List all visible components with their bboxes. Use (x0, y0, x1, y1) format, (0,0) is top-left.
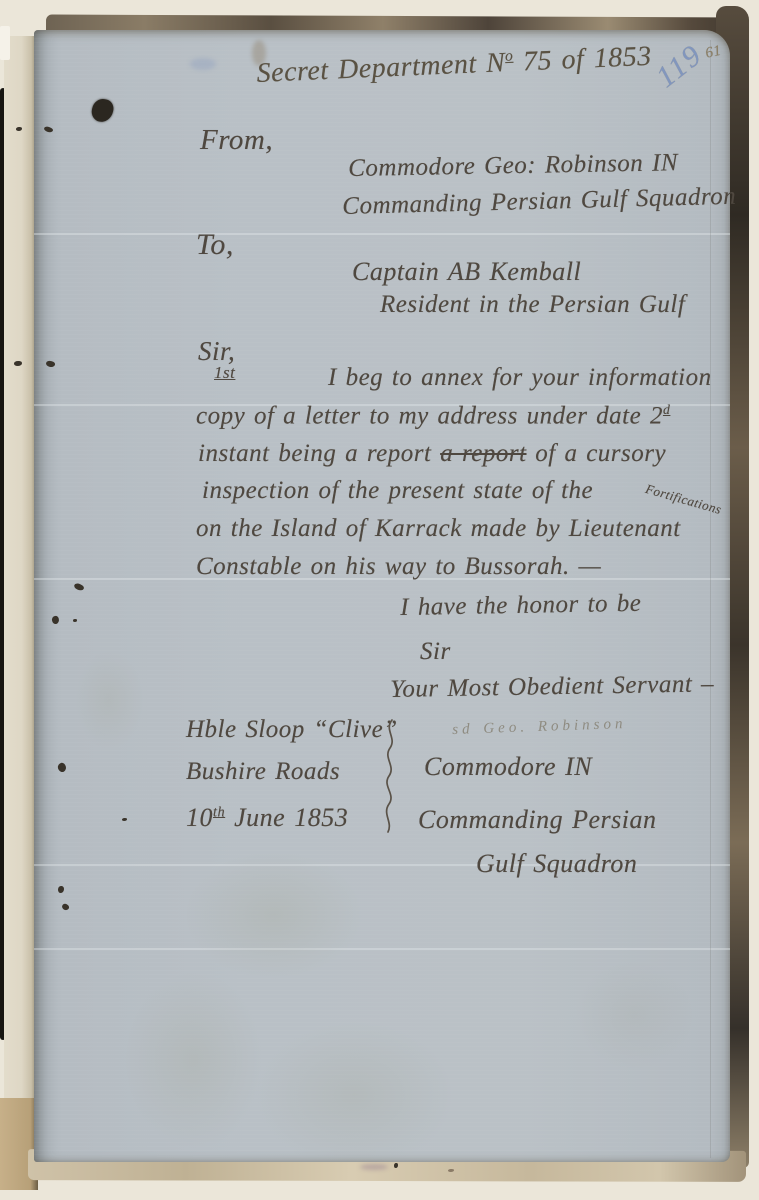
paper-sliver (0, 26, 10, 60)
body-line-2: copy of a letter to my address under dat… (196, 402, 670, 430)
body-line-1: I beg to annex for your information (328, 364, 712, 392)
closing-line-3: Your Most Obedient Servant – (390, 670, 714, 704)
dateline-place: Bushire Roads (186, 758, 340, 786)
signature-command-2: Gulf Squadron (476, 849, 637, 879)
paper-stain (124, 970, 264, 1150)
paper-stain (574, 960, 694, 1070)
closing-line-2: Sir (420, 638, 451, 666)
from-label: From, (200, 124, 273, 157)
date-month-year: June 1853 (225, 803, 348, 832)
brace-squiggle-icon (380, 718, 400, 834)
paper-stain (184, 850, 364, 980)
paper-stain (74, 650, 144, 750)
to-line-1: Captain AB Kemball (352, 257, 581, 287)
paragraph-marker: 1st (214, 363, 235, 383)
closing-line-1: I have the honor to be (400, 590, 642, 622)
previous-page-edge (4, 36, 36, 1108)
scanned-letter-page: 61 119 Secret Department No 75 of 1853 F… (0, 0, 759, 1200)
body-line-2-superscript: d (663, 402, 670, 417)
from-line-1: Commodore Geo: Robinson IN (348, 149, 678, 183)
blue-pencil-smudge (190, 58, 216, 70)
signature-command-1: Commanding Persian (418, 805, 657, 835)
to-label: To, (196, 228, 234, 262)
date-ordinal: th (213, 804, 225, 820)
fold-line (34, 948, 730, 950)
body-line-3-text: instant being a report (198, 440, 440, 467)
date-day: 10 (186, 803, 213, 832)
dateline-ship: Hble Sloop “Clive” (186, 716, 398, 744)
body-line-6: Constable on his way to Bussorah. — (196, 553, 601, 581)
paper-stain (254, 1020, 454, 1162)
body-line-5: on the Island of Karrack made by Lieuten… (196, 515, 681, 543)
body-line-2-text: copy of a letter to my address under dat… (196, 402, 663, 429)
dateline-date: 10th June 1853 (186, 803, 348, 833)
folio-number-small: 61 (704, 43, 723, 63)
to-line-2: Resident in the Persian Gulf (380, 291, 685, 319)
body-line-3: instant being a report a report of a cur… (198, 440, 666, 468)
body-line-3-text-end: of a cursory (527, 440, 667, 467)
fold-line (34, 233, 730, 235)
heading-number: 75 of 1853 (513, 41, 653, 78)
body-line-4: inspection of the present state of the (202, 477, 593, 505)
struck-out-words: a report (440, 440, 526, 467)
signature-rank: Commodore IN (424, 752, 592, 782)
purple-edge-smudge (360, 1164, 388, 1170)
